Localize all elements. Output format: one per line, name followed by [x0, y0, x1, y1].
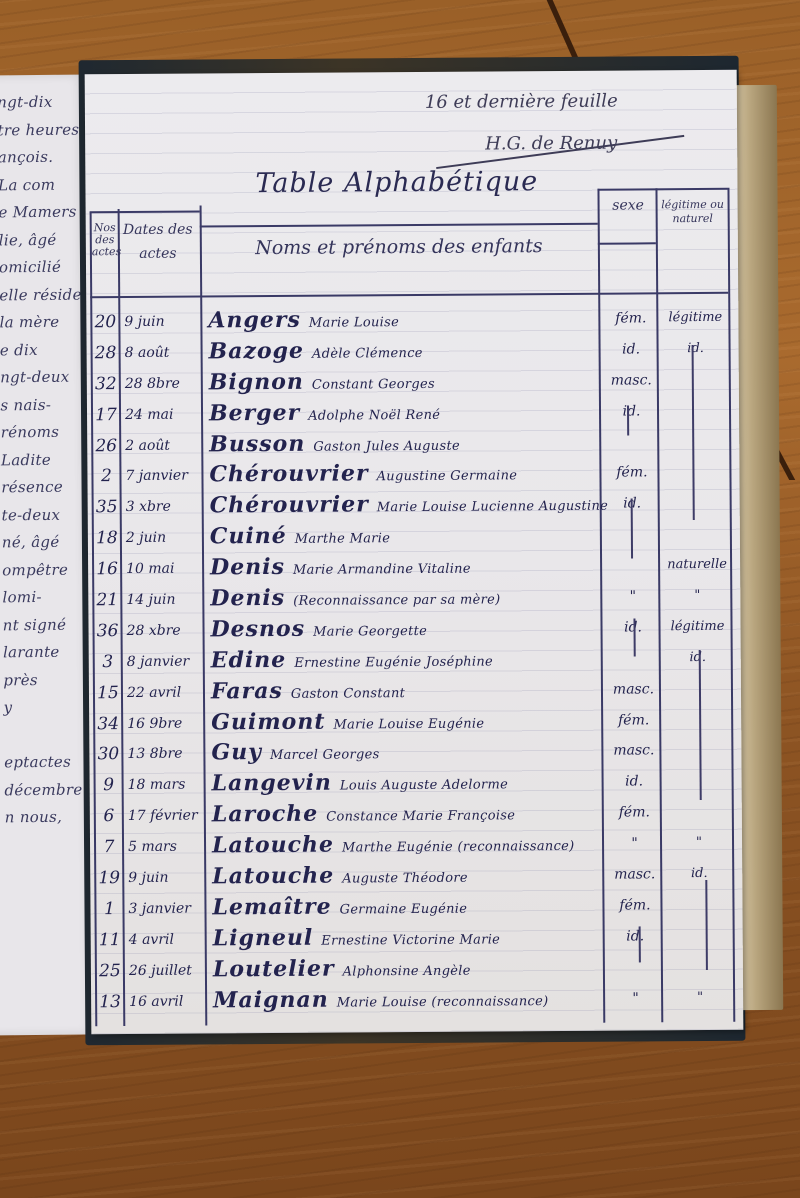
child-name: GuyMarcel Georges: [211, 739, 379, 766]
act-number: 26: [93, 436, 119, 456]
sex: fém.: [603, 310, 658, 326]
table-row: 918 marsLangevinLouis Auguste Adelormeid…: [90, 765, 742, 800]
given-names: Marie Louise Lucienne Augustine: [377, 499, 608, 516]
child-name: BazogeAdèle Clémence: [209, 337, 423, 364]
surname: Chérouvrier: [209, 461, 368, 488]
left-page-text-line: La com: [0, 175, 55, 194]
surname: Loutelier: [213, 955, 335, 982]
sex: masc.: [607, 866, 662, 882]
header-act-date: Dates des actes: [118, 219, 198, 267]
sex: id.: [607, 774, 662, 790]
act-date: 16 9bre: [127, 715, 203, 732]
legitimacy: ": [664, 835, 734, 850]
header-rule: [598, 242, 656, 244]
table-row: 199 juinLatoucheAuguste Théodoremasc.id.: [90, 858, 742, 893]
child-name: LarocheConstance Marie Françoise: [212, 800, 516, 828]
surname: Angers: [208, 307, 301, 334]
act-number: 11: [97, 930, 123, 950]
act-date: 22 avril: [127, 684, 203, 701]
act-number: 35: [94, 497, 120, 517]
left-page-text-line: Ladite: [1, 450, 51, 469]
left-page-text-line: près: [3, 670, 38, 688]
act-date: 9 juin: [128, 870, 204, 887]
given-names: Marthe Eugénie (reconnaissance): [342, 839, 575, 856]
ditto-stroke: [639, 926, 641, 962]
header-legitimacy: légitime ou naturel: [658, 198, 728, 227]
child-name: LatoucheMarthe Eugénie (reconnaissance): [212, 830, 575, 859]
act-number: 7: [96, 837, 122, 857]
act-date: 3 xbre: [126, 499, 202, 516]
table-row: 1724 maiBergerAdolphe Noël Renéid.: [87, 394, 739, 429]
surname: Faras: [211, 678, 283, 705]
child-name: GuimontMarie Louise Eugénie: [211, 707, 484, 735]
act-date: 28 8bre: [125, 375, 201, 392]
act-number: 20: [92, 312, 118, 332]
act-number: 6: [96, 806, 122, 826]
sex: ": [608, 990, 663, 1006]
table-row: 3013 8breGuyMarcel Georgesmasc.: [89, 734, 741, 769]
left-page-text-line: e dix: [0, 340, 38, 358]
legitimacy: id.: [661, 341, 731, 356]
surname: Desnos: [210, 616, 305, 643]
sex: fém.: [607, 897, 662, 913]
register-page: 16 et dernière feuille H.G. de Renuy Tab…: [85, 70, 744, 1035]
left-page-text-line: lie, âgé: [0, 230, 57, 249]
act-number: 13: [97, 992, 123, 1012]
ditto-stroke: [633, 618, 635, 656]
act-number: 30: [95, 745, 121, 765]
child-name: ChérouvrierAugustine Germaine: [209, 460, 517, 488]
given-names: Germaine Eugénie: [340, 902, 468, 918]
table-row: 617 févrierLarocheConstance Marie Franço…: [90, 796, 742, 831]
surname: Lemaître: [212, 894, 331, 921]
act-number: 1: [96, 899, 122, 919]
left-page-text-line: rénoms: [1, 423, 60, 442]
surname: Denis: [210, 585, 285, 612]
given-names: Ernestine Victorine Marie: [321, 932, 500, 948]
act-number: 18: [94, 528, 120, 548]
left-page-text-line: ngt-dix: [0, 93, 53, 112]
act-date: 13 8bre: [127, 746, 203, 763]
act-date: 14 juin: [126, 591, 202, 608]
surname: Latouche: [212, 863, 334, 890]
sex: fém.: [606, 712, 661, 728]
table-row: 1316 avrilMaignanMarie Louise (reconnais…: [91, 981, 743, 1016]
header-act-number: Nos des actes: [92, 222, 118, 258]
given-names: Marthe Marie: [295, 531, 391, 547]
child-name: DesnosMarie Georgette: [210, 615, 427, 643]
annotation-last-sheet: 16 et dernière feuille: [425, 91, 618, 113]
sex: masc.: [606, 681, 661, 697]
child-name: EdineErnestine Eugénie Joséphine: [211, 645, 493, 673]
left-page-text-line: larante: [3, 643, 60, 662]
act-number: 2: [93, 467, 119, 487]
ditto-stroke: [631, 498, 633, 558]
given-names: Adèle Clémence: [312, 346, 423, 362]
child-name: BussonGaston Jules Auguste: [209, 429, 460, 457]
surname: Cuiné: [210, 523, 287, 550]
legitimacy: ": [662, 588, 732, 603]
left-page-text-line: s nais-: [0, 395, 51, 414]
given-names: Constance Marie Françoise: [326, 809, 515, 825]
given-names: Marcel Georges: [270, 748, 380, 764]
surname: Berger: [209, 399, 300, 426]
act-date: 5 mars: [128, 839, 204, 856]
act-date: 17 février: [128, 808, 204, 825]
surname: Ligneul: [213, 925, 314, 952]
given-names: Constant Georges: [312, 377, 435, 393]
act-number: 16: [94, 559, 120, 579]
act-date: 3 janvier: [128, 900, 204, 917]
given-names: Marie Louise Eugénie: [333, 716, 484, 732]
surname: Bazoge: [209, 338, 305, 365]
act-number: 19: [96, 868, 122, 888]
surname: Latouche: [212, 832, 334, 859]
act-number: 21: [94, 590, 120, 610]
legitimacy: id.: [664, 866, 734, 881]
legitimacy: légitime: [662, 619, 732, 634]
given-names: Alphonsine Angèle: [342, 963, 470, 979]
left-page-text-line: n nous,: [5, 808, 63, 827]
left-page-text-line: eptactes: [4, 753, 71, 772]
table-row: 353 xbreChérouvrierMarie Louise Lucienne…: [88, 487, 740, 522]
table-row: 209 juinAngersMarie Louisefém.légitime: [86, 302, 738, 337]
sex: id.: [604, 341, 659, 357]
act-number: 28: [93, 343, 119, 363]
given-names: Marie Armandine Vitaline: [293, 562, 471, 578]
act-date: 8 août: [125, 344, 201, 361]
legitimacy: naturelle: [662, 557, 732, 572]
child-name: ChérouvrierMarie Louise Lucienne Augusti…: [210, 490, 609, 519]
child-name: LangevinLouis Auguste Adelorme: [212, 769, 509, 797]
act-date: 24 mai: [125, 406, 201, 423]
table-row: 2526 juilletLoutelierAlphonsine Angèle: [91, 950, 743, 985]
child-name: BignonConstant Georges: [209, 368, 435, 396]
given-names: Marie Georgette: [313, 624, 427, 640]
table-row: 75 marsLatoucheMarthe Eugénie (reconnais…: [90, 827, 742, 862]
header-child-names: Noms et prénoms des enfants: [204, 236, 594, 260]
left-page-text-line: né, âgé: [2, 533, 60, 552]
left-page-text-line: la mère: [0, 313, 59, 332]
given-names: Ernestine Eugénie Joséphine: [294, 654, 493, 670]
table-row: 3416 9breGuimontMarie Louise Eugéniefém.: [89, 703, 741, 738]
act-date: 18 mars: [128, 777, 204, 794]
given-names: Louis Auguste Adelorme: [340, 778, 508, 794]
act-number: 9: [96, 775, 122, 795]
sex: masc.: [606, 743, 661, 759]
child-name: Denis(Reconnaissance par sa mère): [210, 583, 500, 611]
surname: Langevin: [212, 770, 332, 797]
act-date: 9 juin: [124, 313, 200, 330]
table-row: 2114 juinDenis(Reconnaissance par sa mèr…: [88, 580, 740, 615]
given-names: Augustine Germaine: [377, 469, 518, 485]
table-row: 1522 avrilFarasGaston Constantmasc.: [89, 672, 741, 707]
child-name: LemaîtreGermaine Eugénie: [212, 893, 467, 921]
sex: masc.: [604, 372, 659, 388]
act-date: 8 janvier: [127, 653, 203, 670]
left-page-text-line: ançois.: [0, 148, 53, 167]
left-page-text-line: lomi-: [2, 588, 42, 606]
table-row: 38 janvierEdineErnestine Eugénie Joséphi…: [89, 642, 741, 677]
given-names: Gaston Jules Auguste: [313, 438, 460, 454]
left-page-text-line: te-deux: [1, 505, 60, 524]
child-name: MaignanMarie Louise (reconnaissance): [213, 985, 548, 1013]
child-name: AngersMarie Louise: [208, 306, 399, 333]
surname: Guimont: [211, 708, 325, 735]
surname: Maignan: [213, 986, 329, 1013]
act-date: 28 xbre: [126, 622, 202, 639]
ditto-stroke: [627, 405, 629, 435]
child-name: CuinéMarthe Marie: [210, 522, 390, 549]
surname: Edine: [211, 647, 287, 674]
child-name: LigneulErnestine Victorine Marie: [213, 923, 501, 951]
child-name: LatoucheAuguste Théodore: [212, 862, 468, 890]
child-name: DenisMarie Armandine Vitaline: [210, 553, 471, 581]
sex: fém.: [604, 465, 659, 481]
left-page-text-line: résence: [1, 478, 63, 497]
given-names: Gaston Constant: [291, 686, 405, 702]
child-name: FarasGaston Constant: [211, 677, 405, 704]
table-row: 1610 maiDenisMarie Armandine Vitalinenat…: [88, 549, 740, 584]
act-date: 4 avril: [129, 931, 205, 948]
act-number: 17: [93, 405, 119, 425]
surname: Laroche: [212, 801, 319, 828]
child-name: BergerAdolphe Noël René: [209, 398, 440, 426]
sex: fém.: [607, 805, 662, 821]
act-number: 15: [95, 683, 121, 703]
sex: id.: [604, 403, 659, 419]
act-number: 34: [95, 714, 121, 734]
act-date: 26 juillet: [129, 962, 205, 979]
surname: Busson: [209, 430, 305, 457]
given-names: Marie Louise (reconnaissance): [337, 994, 549, 1010]
left-page-text-line: omicilié: [0, 258, 61, 277]
act-date: 10 mai: [126, 561, 202, 578]
left-page-text-line: décembre: [4, 780, 82, 799]
given-names: Adolphe Noël René: [308, 407, 440, 423]
left-page-text-line: elle réside: [0, 285, 82, 304]
given-names: (Reconnaissance par sa mère): [293, 592, 500, 608]
left-page-text-line: nt signé: [3, 615, 67, 634]
sex: id.: [608, 928, 663, 944]
child-name: LoutelierAlphonsine Angèle: [213, 954, 471, 982]
act-number: 25: [97, 961, 123, 981]
left-page-text-line: ngt-deux: [0, 368, 70, 387]
legitimacy: ": [665, 989, 735, 1004]
left-page-text-line: ompêtre: [2, 560, 68, 579]
legitimacy: légitime: [660, 310, 730, 325]
left-page-text-line: tre heures: [0, 120, 79, 139]
act-date: 16 avril: [129, 993, 205, 1010]
act-number: 32: [93, 374, 119, 394]
sex: ": [607, 835, 662, 851]
left-page-text-line: y: [3, 698, 12, 716]
table-row: 3228 8breBignonConstant Georgesmasc.: [87, 364, 739, 399]
table-row: 3628 xbreDesnosMarie Georgetteid.légitim…: [88, 611, 740, 646]
table-row: 288 aoûtBazogeAdèle Clémenceid.id.: [86, 333, 738, 368]
act-date: 7 janvier: [125, 468, 201, 485]
act-number: 36: [94, 621, 120, 641]
surname: Guy: [211, 740, 262, 766]
table-row: 114 avrilLigneulErnestine Victorine Mari…: [91, 920, 743, 955]
page-title: Table Alphabétique: [255, 166, 538, 199]
given-names: Auguste Théodore: [342, 871, 468, 887]
surname: Bignon: [209, 369, 304, 396]
register-entries: 209 juinAngersMarie Louisefém.légitime28…: [86, 302, 743, 1017]
act-date: 2 août: [125, 437, 201, 454]
table-row: 182 juinCuinéMarthe Marie: [88, 518, 740, 553]
surname: Chérouvrier: [210, 492, 369, 519]
table-row: 262 aoûtBussonGaston Jules Auguste: [87, 425, 739, 460]
header-sex: sexe: [601, 198, 656, 214]
sex: ": [605, 588, 660, 604]
act-number: 3: [95, 652, 121, 672]
table-row: 27 janvierChérouvrierAugustine Germainef…: [87, 456, 739, 491]
table-row: 13 janvierLemaîtreGermaine Eugéniefém.: [90, 889, 742, 924]
act-date: 2 juin: [126, 530, 202, 547]
given-names: Marie Louise: [309, 315, 399, 331]
surname: Denis: [210, 554, 285, 581]
left-page-text-line: e Mamers: [0, 203, 77, 222]
